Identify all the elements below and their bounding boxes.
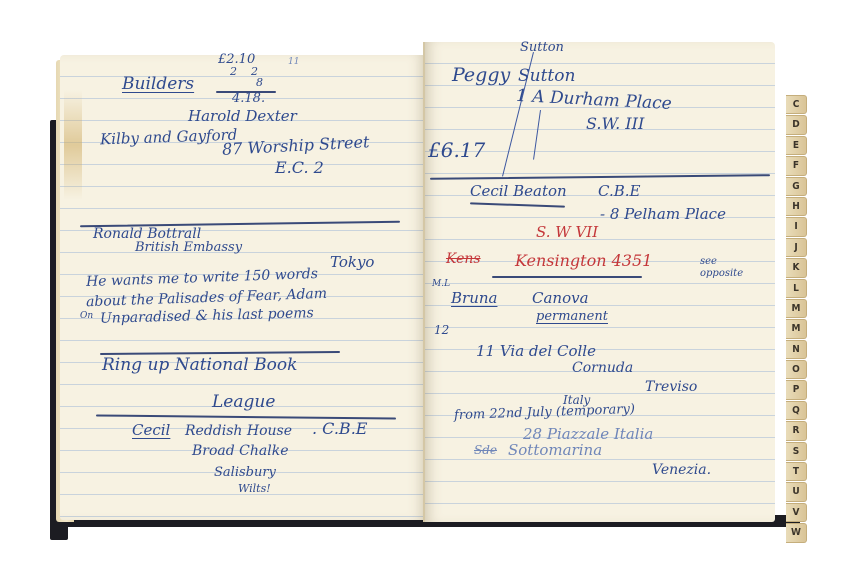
index-tab[interactable]: K (786, 258, 807, 277)
bruna-address-line3: Treviso (645, 379, 697, 395)
index-tab[interactable]: C (786, 95, 807, 114)
bruna-temp-line3: Venezia. (652, 462, 711, 478)
cecil-name: Cecil (132, 421, 170, 439)
cecil-address-line4: Wilts! (238, 482, 271, 495)
index-tab[interactable]: P (786, 380, 807, 399)
reminder-line1: Ring up National Book (102, 355, 297, 375)
alphabet-index-tabs: C D E F G H I J K L M M N O P Q R S T U … (786, 95, 808, 544)
beaton-honour: C.B.E (598, 182, 640, 200)
index-tab[interactable]: F (786, 156, 807, 175)
peggy-address-line2: S.W. III (586, 114, 644, 133)
builders-mark: 11 (288, 57, 299, 67)
bruna-address-line2: Cornuda (572, 360, 633, 376)
builders-label: Builders (122, 74, 194, 94)
index-tab[interactable]: O (786, 360, 807, 379)
index-tab[interactable]: Q (786, 401, 807, 420)
builders-sum-line2: 2 2 (230, 65, 258, 78)
bruna-margin-number: 12 (434, 323, 449, 337)
index-tab[interactable]: M (786, 299, 807, 318)
dexter-address-line2: E.C. 2 (275, 158, 324, 177)
beaton-phone-struck: Kens (446, 251, 481, 267)
index-tab[interactable]: M (786, 319, 807, 338)
beaton-address-line2: S. W VII (536, 223, 598, 241)
peggy-surname-above: Sutton (520, 40, 564, 55)
index-tab[interactable]: L (786, 279, 807, 298)
index-tab[interactable]: W (786, 523, 807, 542)
index-tab[interactable]: V (786, 503, 807, 522)
index-tab[interactable]: H (786, 197, 807, 216)
bruna-address-line1: 11 Via del Colle (476, 342, 596, 360)
index-tab[interactable]: J (786, 238, 807, 257)
bottrall-line2: Tokyo (330, 253, 374, 271)
beaton-note: see opposite (700, 256, 760, 280)
index-tab[interactable]: N (786, 340, 807, 359)
phone-underline (492, 276, 642, 278)
beaton-name: Cecil Beaton (470, 182, 567, 200)
bruna-temp-line2: Sottomarina (508, 441, 602, 459)
cecil-address-line2: Broad Chalke (192, 443, 289, 459)
bottrall-line1: British Embassy (135, 240, 242, 255)
cecil-honour: . C.B.E (312, 419, 367, 438)
dexter-name: Harold Dexter (188, 107, 297, 125)
cecil-address-line3: Salisbury (214, 465, 276, 480)
builders-sum-line3: 8 (256, 76, 263, 89)
book-gutter (423, 42, 425, 522)
peggy-name: Peggy (452, 64, 510, 86)
peggy-surname: Sutton (518, 66, 575, 86)
index-tab[interactable]: G (786, 177, 807, 196)
index-tab[interactable]: T (786, 462, 807, 481)
index-tab[interactable]: U (786, 482, 807, 501)
bottrall-margin-mark: On (80, 311, 93, 321)
index-tab[interactable]: R (786, 421, 807, 440)
bruna-name: Bruna (451, 289, 497, 307)
beaton-address-line1: - 8 Pelham Place (600, 205, 726, 223)
paper-stain (64, 90, 82, 200)
open-address-book: C D E F G H I J K L M M N O P Q R S T U … (0, 0, 850, 579)
index-tab[interactable]: D (786, 115, 807, 134)
index-tab[interactable]: E (786, 136, 807, 155)
cecil-house: Reddish House (185, 423, 292, 439)
builders-total: 4.18. (232, 91, 265, 106)
bruna-permanent-note: permanent (536, 309, 608, 324)
peggy-amount: £6.17 (428, 138, 485, 162)
bruna-temp-prefix: Sde (474, 443, 497, 457)
bruna-prefix: M.L (432, 279, 450, 289)
reminder-line2: League (212, 392, 275, 412)
bruna-surname: Canova (532, 289, 589, 307)
index-tab[interactable]: S (786, 442, 807, 461)
index-tab[interactable]: I (786, 217, 807, 236)
beaton-phone: Kensington 4351 (515, 251, 652, 270)
